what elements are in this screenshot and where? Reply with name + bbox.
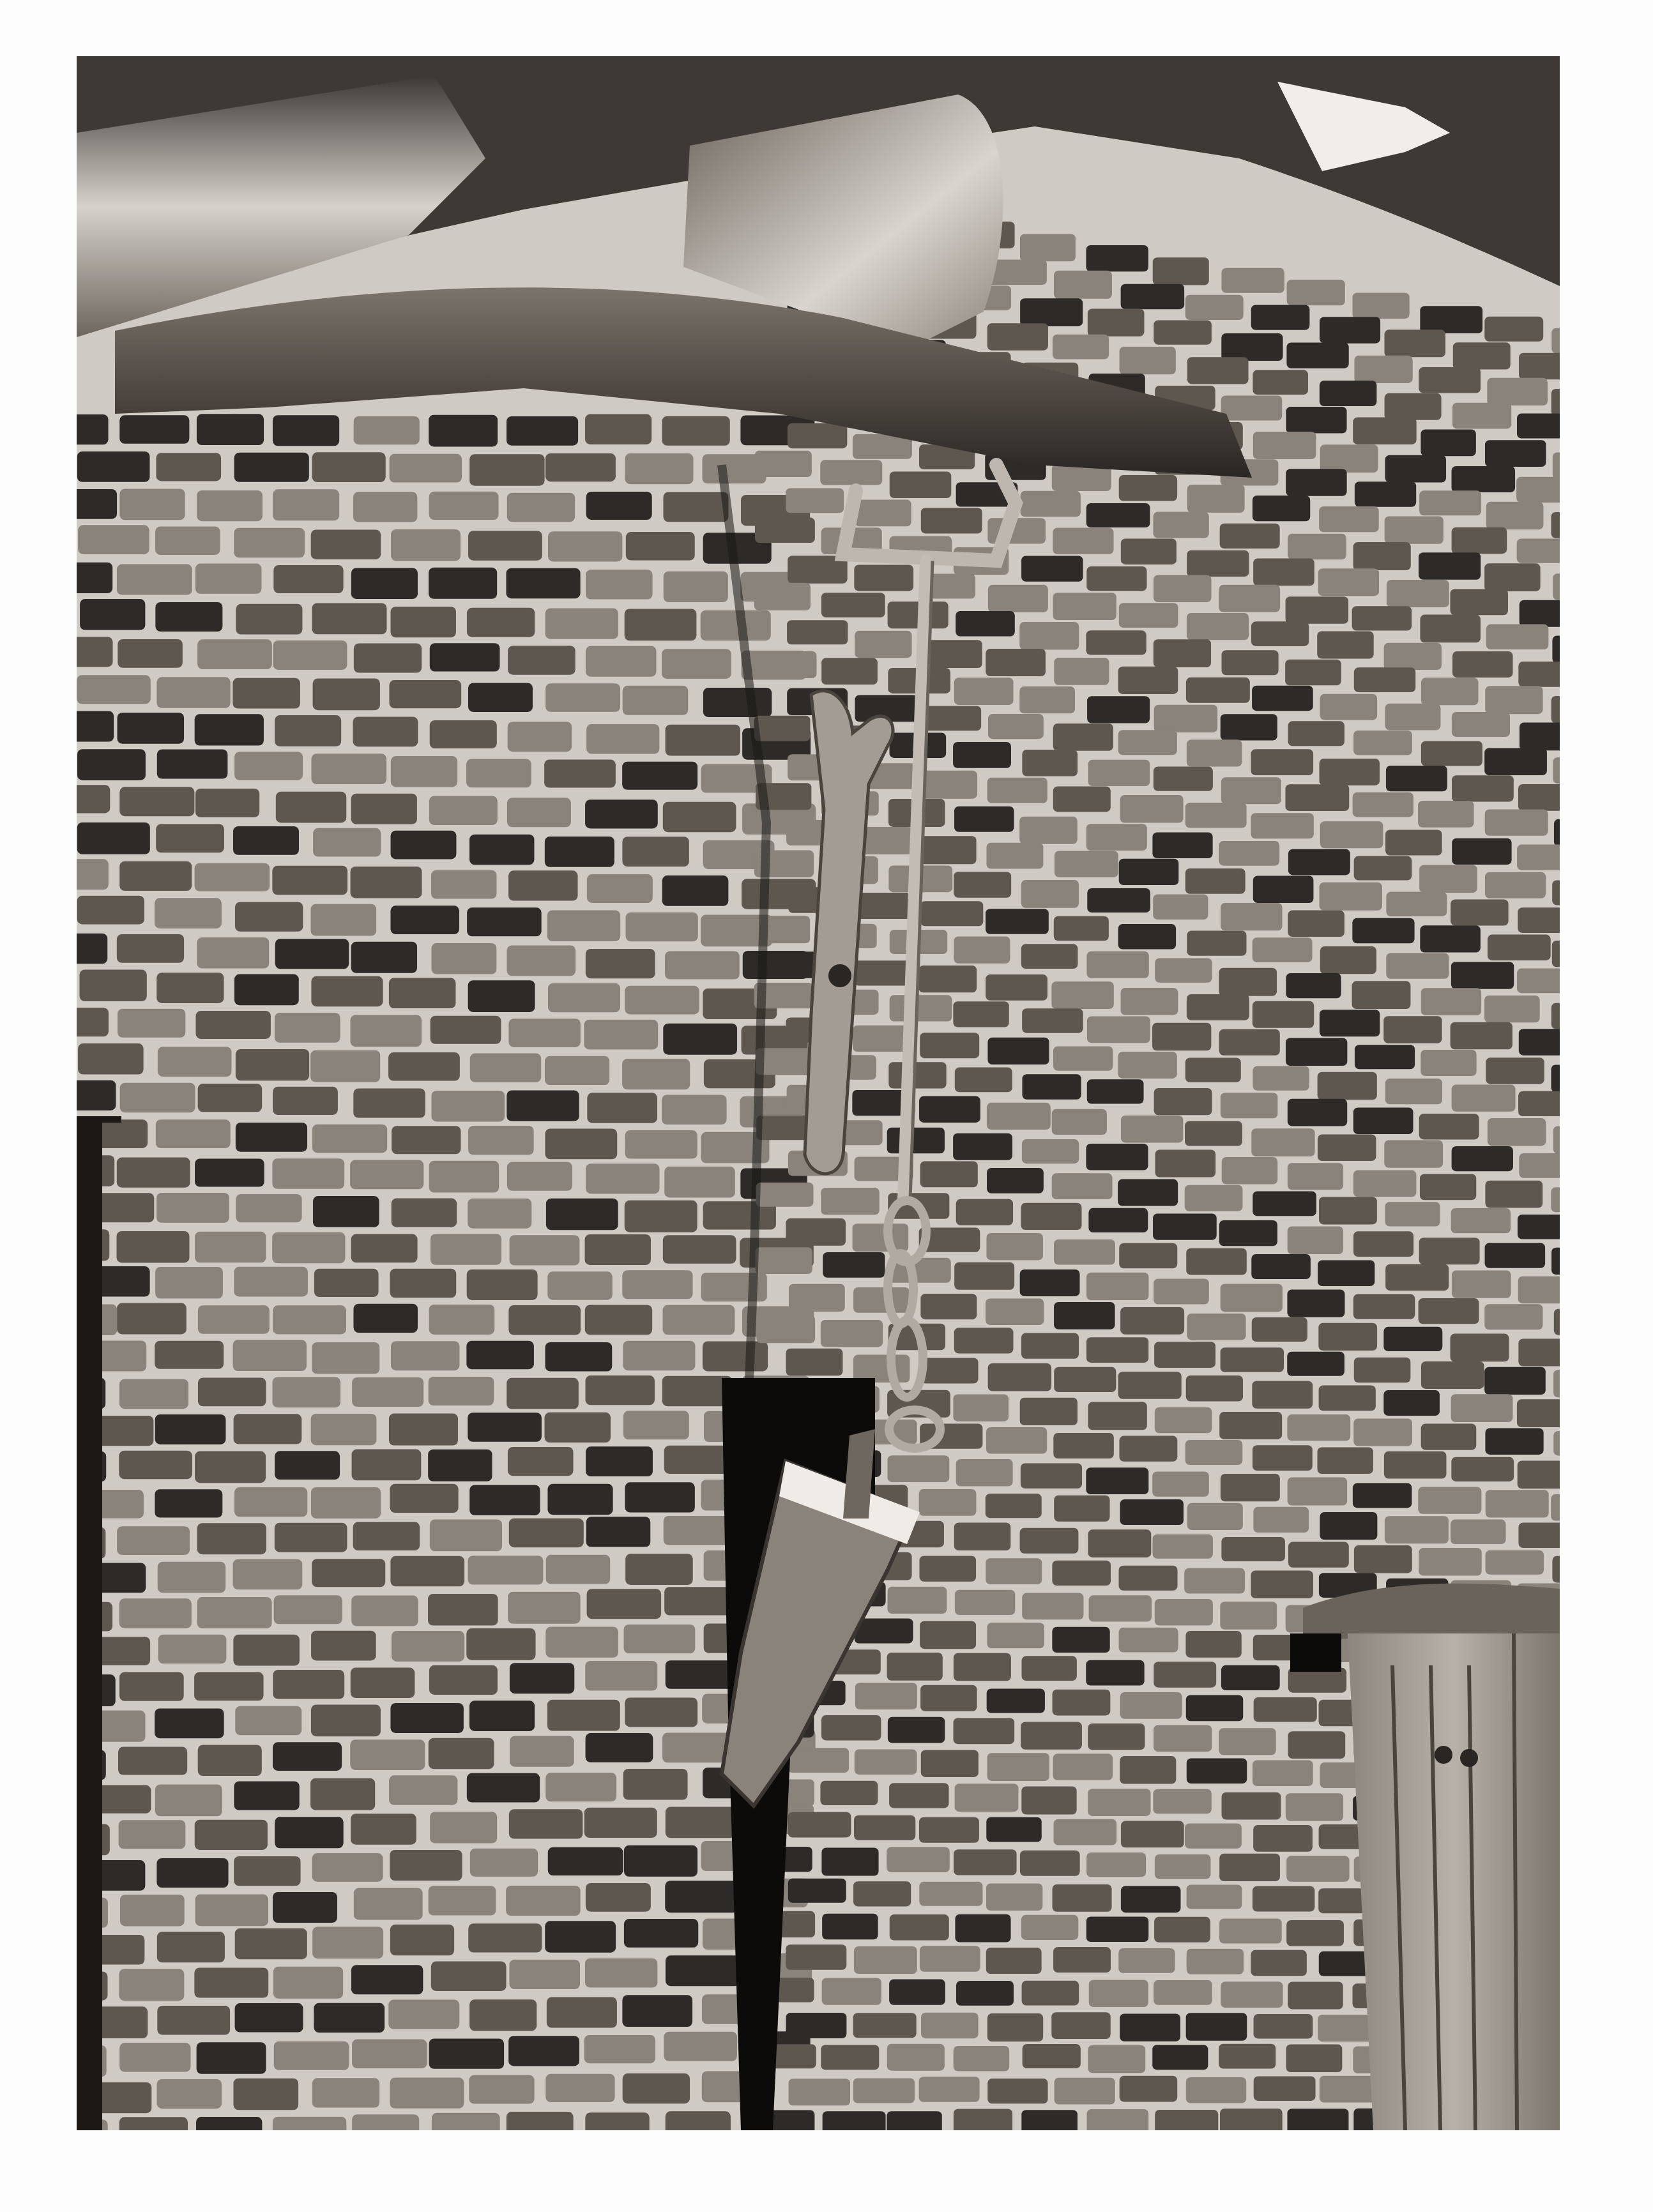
brick-wall-scene bbox=[77, 56, 1560, 2130]
left-window-frame bbox=[77, 1116, 102, 2130]
handle-hole bbox=[828, 964, 851, 987]
photograph bbox=[77, 56, 1560, 2130]
